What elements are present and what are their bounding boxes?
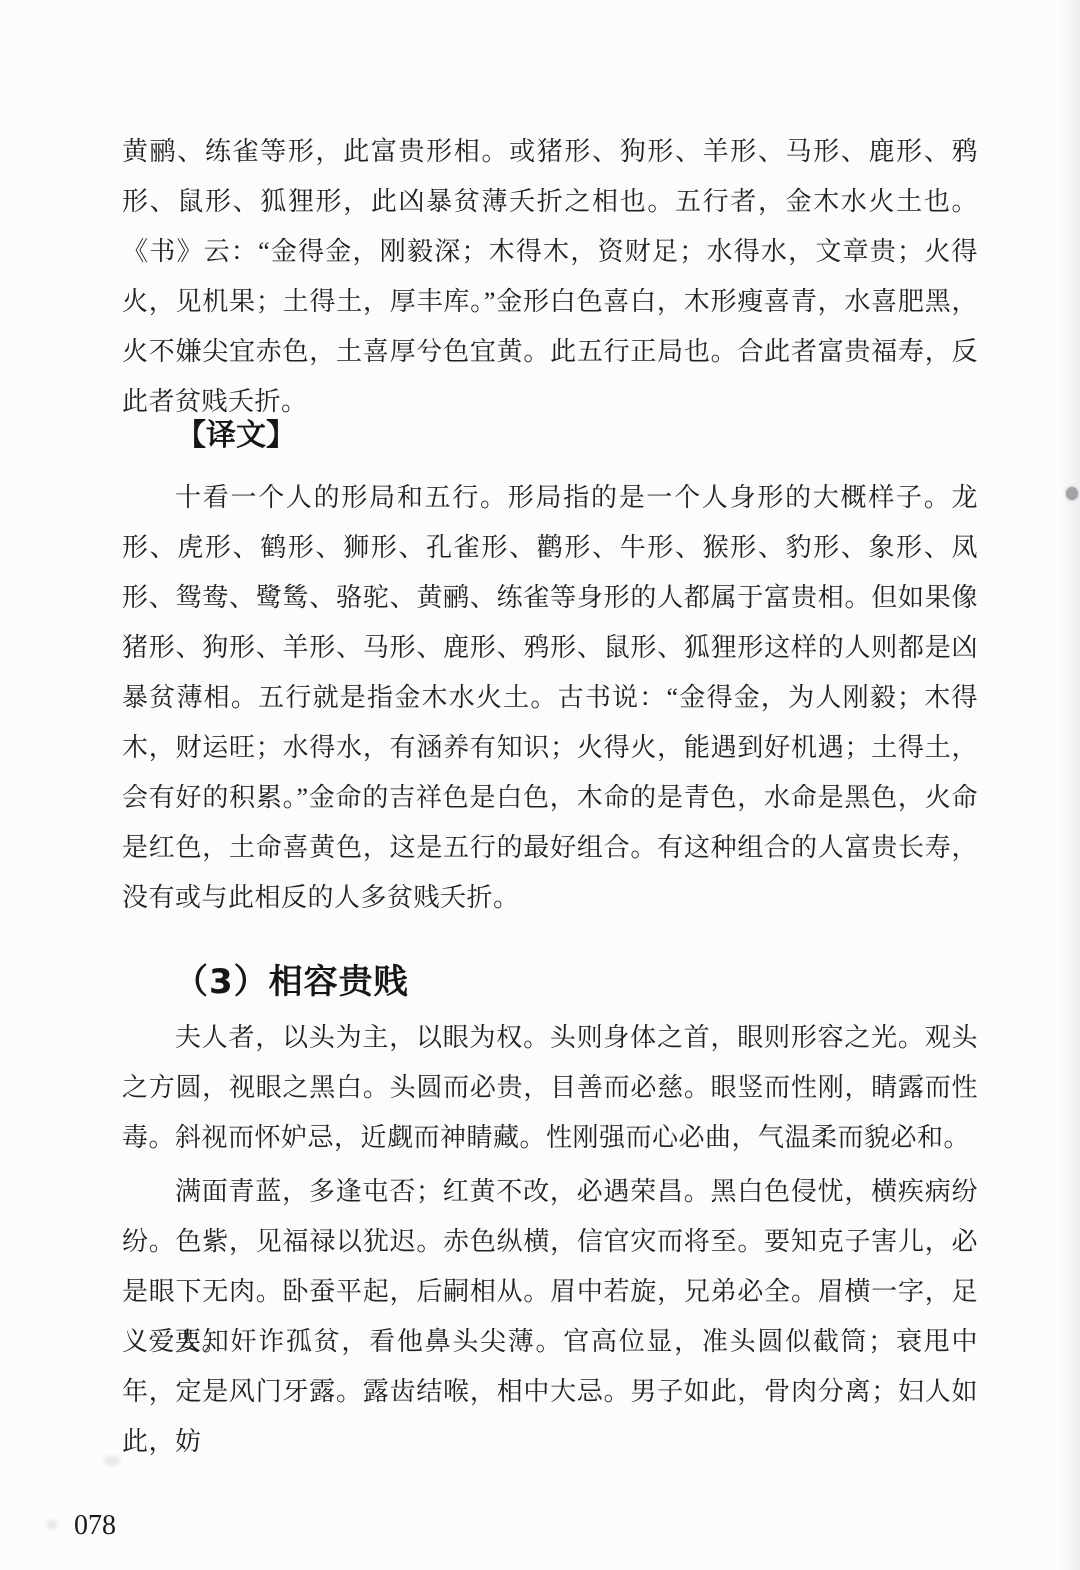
scan-smudge xyxy=(46,1520,58,1529)
page-edge-shadow xyxy=(1060,0,1080,1570)
scan-smudge xyxy=(104,1456,120,1465)
scroll-indicator-dot xyxy=(1066,487,1078,500)
book-page: 黄鹂、练雀等形，此富贵形相。或猪形、狗形、羊形、马形、鹿形、鸦形、鼠形、狐狸形，… xyxy=(0,0,1080,1570)
section-paragraph-3: 要知奸诈孤贫，看他鼻头尖薄。官高位显，准头圆似截筒；衰甩中年，定是风门牙露。露齿… xyxy=(122,1317,978,1467)
translation-paragraph: 十看一个人的形局和五行。形局指的是一个人身形的大概样子。龙形、虎形、鹤形、狮形、… xyxy=(122,473,978,923)
translation-heading: 【译文】 xyxy=(176,414,296,458)
section-heading: （3）相容贵贱 xyxy=(174,958,409,1006)
section-paragraph-1: 夫人者，以头为主，以眼为权。头则身体之首，眼则形容之光。观头之方圆，视眼之黑白。… xyxy=(122,1013,978,1163)
original-text-paragraph: 黄鹂、练雀等形，此富贵形相。或猪形、狗形、羊形、马形、鹿形、鸦形、鼠形、狐狸形，… xyxy=(122,127,978,427)
page-number: 078 xyxy=(74,1510,116,1542)
